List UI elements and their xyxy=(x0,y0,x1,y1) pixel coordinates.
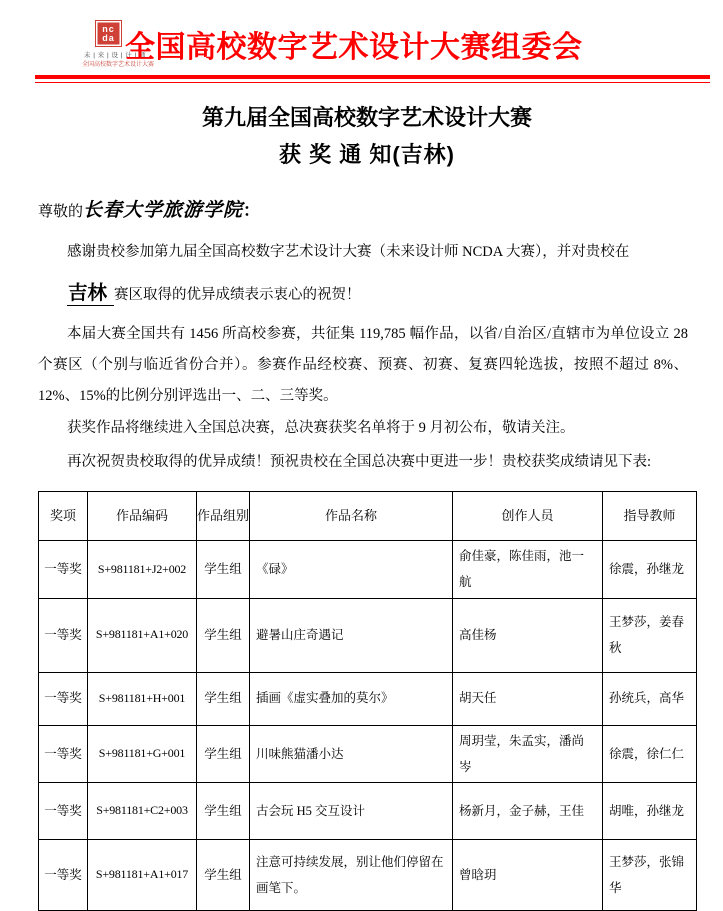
table-cell: S+981181+J2+002 xyxy=(88,541,197,599)
paragraph-congrats: 再次祝贺贵校取得的优异成绩！预祝贵校在全国总决赛中更进一步！贵校获奖成绩请见下表… xyxy=(38,447,688,478)
table-cell: 学生组 xyxy=(197,598,250,672)
table-cell: S+981181+A1+017 xyxy=(88,840,197,911)
column-header: 奖项 xyxy=(39,492,88,541)
greeting-prefix: 尊敬的 xyxy=(38,204,83,220)
column-header: 指导教师 xyxy=(603,492,697,541)
paragraph-thanks: 感谢贵校参加第九届全国高校数字艺术设计大赛（未来设计师 NCDA 大赛），并对贵… xyxy=(38,237,688,268)
table-cell: 孙统兵，高华 xyxy=(603,672,697,725)
region-name: 吉林 xyxy=(67,282,114,306)
awards-table: 奖项作品编码作品组别作品名称创作人员指导教师 一等奖S+981181+J2+00… xyxy=(38,491,697,911)
table-row: 一等奖S+981181+H+001学生组插画《虚实叠加的莫尔》胡天任孙统兵，高华 xyxy=(39,672,697,725)
table-cell: 注意可持续发展，别让他们停留在画笔下。 xyxy=(250,840,453,911)
table-cell: 学生组 xyxy=(197,672,250,725)
red-divider-line xyxy=(35,75,710,83)
table-cell: 高佳杨 xyxy=(453,598,603,672)
ncda-logo-icon: nc da xyxy=(95,20,122,47)
column-header: 作品编码 xyxy=(88,492,197,541)
table-cell: 学生组 xyxy=(197,541,250,599)
letterhead: nc da 未 | 来 | 设 | 计 | 师 全国高校数字艺术设计大赛 全国高… xyxy=(38,18,696,75)
table-cell: S+981181+C2+003 xyxy=(88,783,197,840)
table-cell: 古会玩 H5 交互设计 xyxy=(250,783,453,840)
paragraph-region: 吉林赛区取得的优异成绩表示衷心的祝贺！ xyxy=(38,278,696,311)
header-row: 奖项作品编码作品组别作品名称创作人员指导教师 xyxy=(39,492,697,541)
table-cell: S+981181+H+001 xyxy=(88,672,197,725)
awards-table-head: 奖项作品编码作品组别作品名称创作人员指导教师 xyxy=(39,492,697,541)
paragraph-stats: 本届大赛全国共有 1456 所高校参赛，共征集 119,785 幅作品，以省/自… xyxy=(38,319,688,412)
table-cell: 徐震，徐仁仁 xyxy=(603,725,697,783)
table-cell: 一等奖 xyxy=(39,672,88,725)
awards-table-body: 一等奖S+981181+J2+002学生组《碌》俞佳豪，陈佳雨，池一航徐震，孙继… xyxy=(39,541,697,911)
table-row: 一等奖S+981181+J2+002学生组《碌》俞佳豪，陈佳雨，池一航徐震，孙继… xyxy=(39,541,697,599)
table-cell: 学生组 xyxy=(197,725,250,783)
table-cell: 避暑山庄奇遇记 xyxy=(250,598,453,672)
table-cell: 学生组 xyxy=(197,783,250,840)
document-title-line1: 第九届全国高校数字艺术设计大赛 xyxy=(38,104,696,132)
greeting-line: 尊敬的长春大学旅游学院： xyxy=(38,195,696,222)
table-cell: 一等奖 xyxy=(39,783,88,840)
logo-text-bottom: da xyxy=(102,34,115,43)
table-row: 一等奖S+981181+G+001学生组川味熊猫潘小达周玥莹，朱孟实，潘尚岑徐震… xyxy=(39,725,697,783)
table-row: 一等奖S+981181+A1+020学生组避暑山庄奇遇记高佳杨王梦莎，姜春秋 xyxy=(39,598,697,672)
table-cell: 胡唯，孙继龙 xyxy=(603,783,697,840)
page: nc da 未 | 来 | 设 | 计 | 师 全国高校数字艺术设计大赛 全国高… xyxy=(0,0,723,911)
table-row: 一等奖S+981181+A1+017学生组注意可持续发展，别让他们停留在画笔下。… xyxy=(39,840,697,911)
table-cell: 胡天任 xyxy=(453,672,603,725)
table-cell: 杨新月，金子赫，王佳 xyxy=(453,783,603,840)
table-cell: S+981181+A1+020 xyxy=(88,598,197,672)
region-rest: 赛区取得的优异成绩表示衷心的祝贺！ xyxy=(114,287,361,303)
table-cell: 俞佳豪，陈佳雨，池一航 xyxy=(453,541,603,599)
table-cell: 徐震，孙继龙 xyxy=(603,541,697,599)
table-cell: 一等奖 xyxy=(39,840,88,911)
paragraph-finals: 获奖作品将继续进入全国总决赛，总决赛获奖名单将于 9 月初公布，敬请关注。 xyxy=(38,413,688,444)
table-row: 一等奖S+981181+C2+003学生组古会玩 H5 交互设计杨新月，金子赫，… xyxy=(39,783,697,840)
school-name: 长春大学旅游学院 xyxy=(83,199,243,221)
column-header: 作品名称 xyxy=(250,492,453,541)
table-cell: 王梦莎，张锦华 xyxy=(603,840,697,911)
table-cell: 一等奖 xyxy=(39,725,88,783)
table-cell: 插画《虚实叠加的莫尔》 xyxy=(250,672,453,725)
column-header: 作品组别 xyxy=(197,492,250,541)
table-cell: S+981181+G+001 xyxy=(88,725,197,783)
greeting-colon: ： xyxy=(243,201,260,220)
column-header: 创作人员 xyxy=(453,492,603,541)
organization-title: 全国高校数字艺术设计大赛组委会 xyxy=(125,22,583,66)
document-title-line2: 获 奖 通 知(吉林) xyxy=(38,141,696,169)
table-cell: 王梦莎，姜春秋 xyxy=(603,598,697,672)
table-cell: 学生组 xyxy=(197,840,250,911)
table-cell: 一等奖 xyxy=(39,541,88,599)
table-cell: 一等奖 xyxy=(39,598,88,672)
table-cell: 曾晗玥 xyxy=(453,840,603,911)
table-cell: 川味熊猫潘小达 xyxy=(250,725,453,783)
table-cell: 周玥莹，朱孟实，潘尚岑 xyxy=(453,725,603,783)
table-cell: 《碌》 xyxy=(250,541,453,599)
